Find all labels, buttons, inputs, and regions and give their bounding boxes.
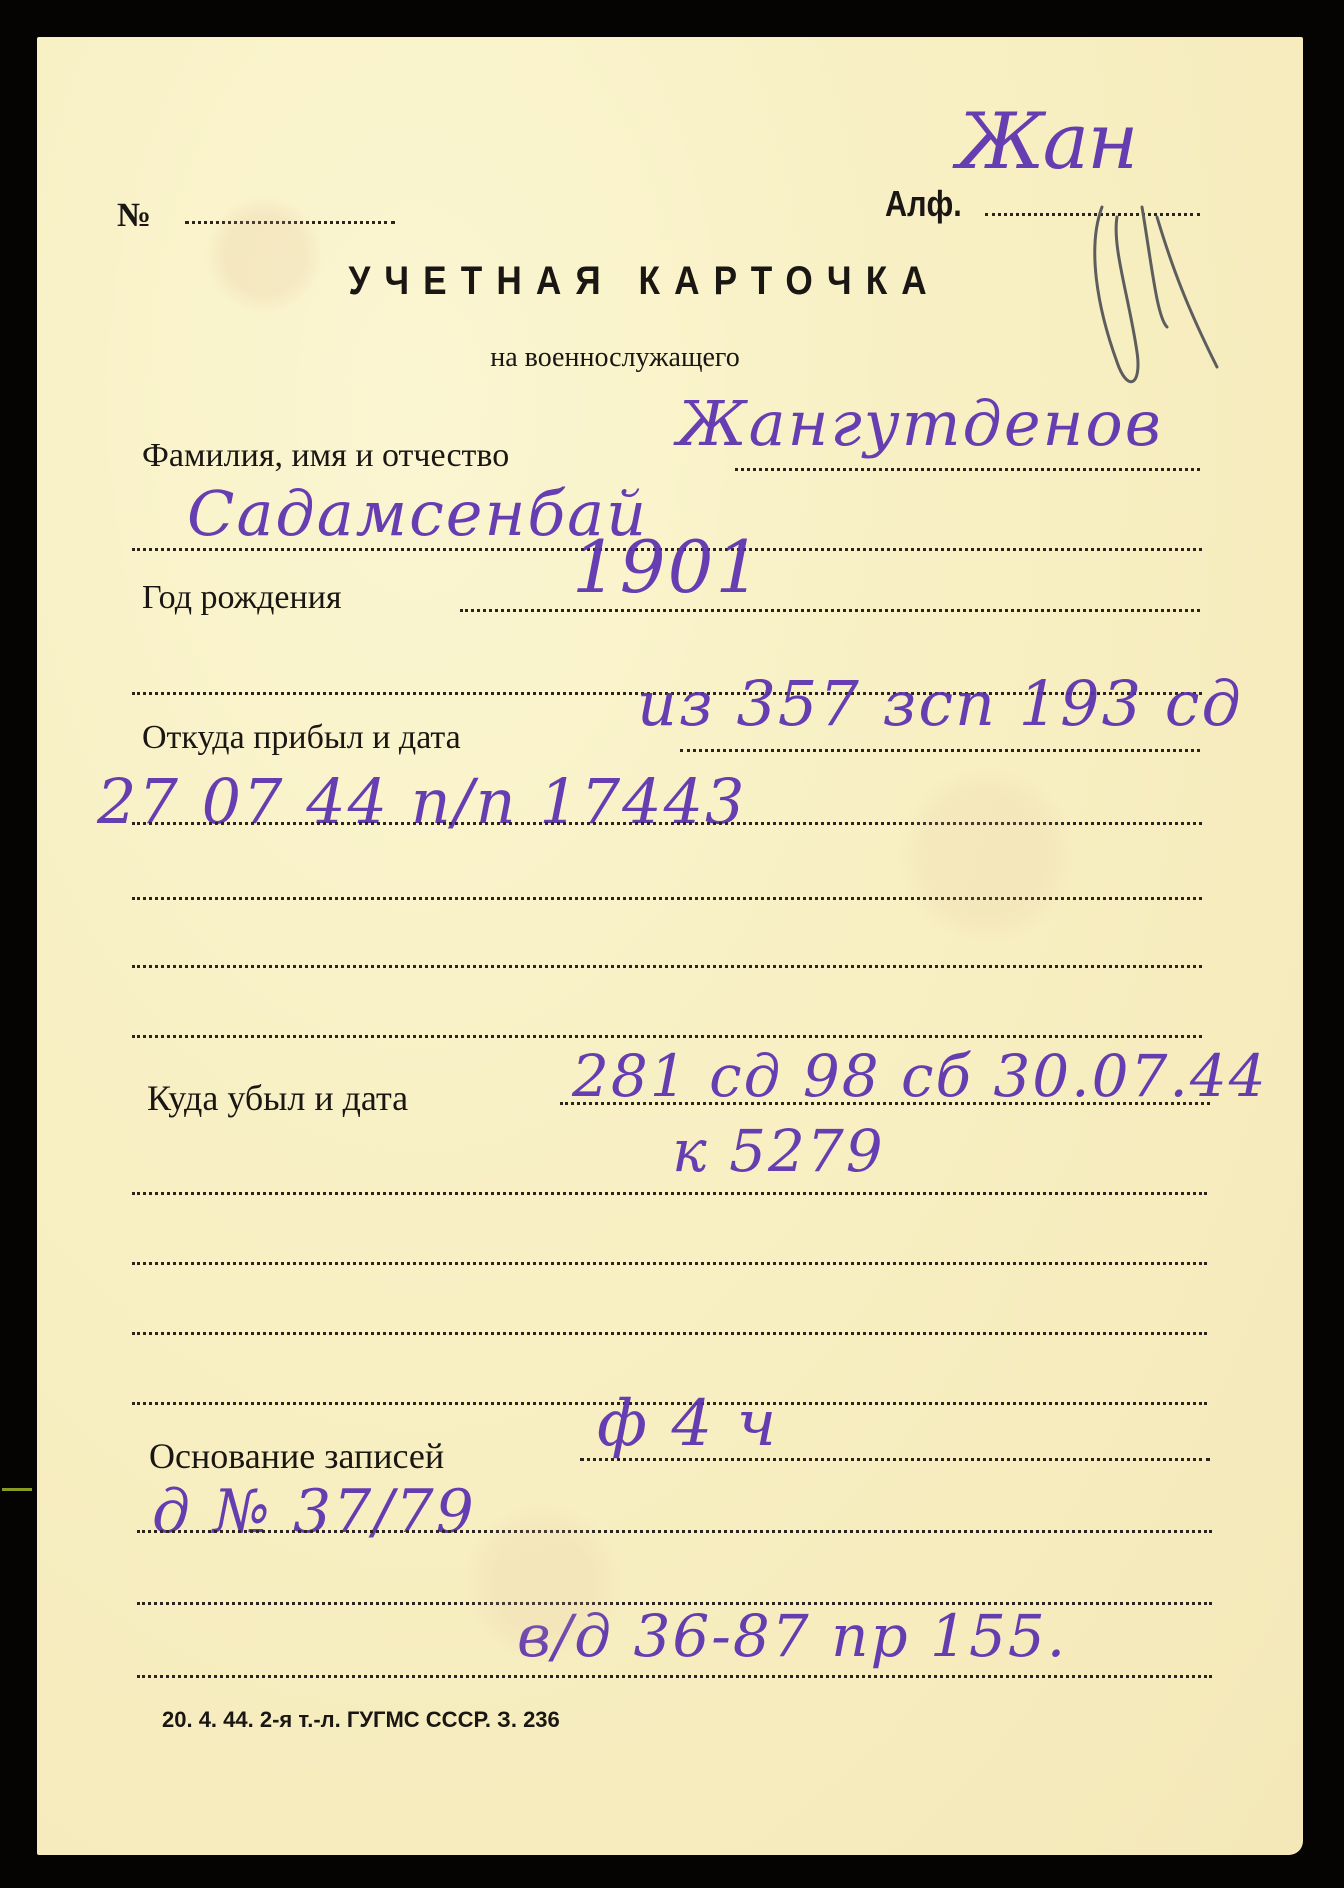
arrived-from-line-2	[132, 822, 1202, 825]
arrived-from-handwritten-1: из 357 зсп 193 сд	[637, 667, 1243, 740]
print-footer: 20. 4. 44. 2-я т.-л. ГУГМС СССР. З. 236	[162, 1707, 560, 1733]
basis-handwritten-1: ф 4 ч	[597, 1387, 778, 1461]
number-label: №	[117, 197, 151, 235]
arrived-from-line-3	[132, 897, 1202, 900]
departed-to-label: Куда убыл и дата	[147, 1077, 408, 1119]
departed-to-line-4	[132, 1332, 1207, 1335]
basis-handwritten-3: в/д 36-87 пр 155.	[517, 1602, 1067, 1670]
alf-handwritten: Жан	[957, 97, 1137, 187]
departed-to-handwritten-1: 281 сд 98 сб 30.07.44	[572, 1042, 1268, 1110]
full-name-label: Фамилия, имя и отчество	[142, 437, 509, 475]
edge-mark	[2, 1488, 32, 1491]
alf-label: Алф.	[885, 183, 962, 225]
full-name-line-1	[735, 468, 1200, 471]
card-title: УЧЕТНАЯ КАРТОЧКА	[349, 259, 941, 304]
basis-line-2	[137, 1530, 1212, 1533]
arrived-from-line-5	[132, 1035, 1202, 1038]
arrived-from-handwritten-2: 27 07 44 п/п 17443	[97, 765, 747, 838]
departed-to-line-2	[132, 1192, 1207, 1195]
departed-to-line-3	[132, 1262, 1207, 1265]
arrived-from-line-4	[132, 965, 1202, 968]
basis-label: Основание записей	[149, 1435, 444, 1477]
birth-year-line-1	[460, 609, 1200, 612]
birth-year-handwritten: 1901	[572, 525, 763, 609]
birth-year-label: Год рождения	[142, 579, 342, 617]
full-name-handwritten-1: Жангутденов	[677, 387, 1163, 460]
departed-to-handwritten-2: к 5279	[672, 1117, 885, 1185]
card-subtitle: на военнослужащего	[490, 342, 739, 374]
basis-handwritten-2: д № 37/79	[152, 1477, 476, 1547]
arrived-from-label: Откуда прибыл и дата	[142, 719, 461, 757]
basis-line-4	[137, 1675, 1212, 1678]
registration-card: № Алф. Жан УЧЕТНАЯ КАРТОЧКА на военнослу…	[37, 37, 1303, 1855]
arrived-from-line-1	[680, 749, 1200, 752]
number-field-line	[185, 221, 395, 224]
